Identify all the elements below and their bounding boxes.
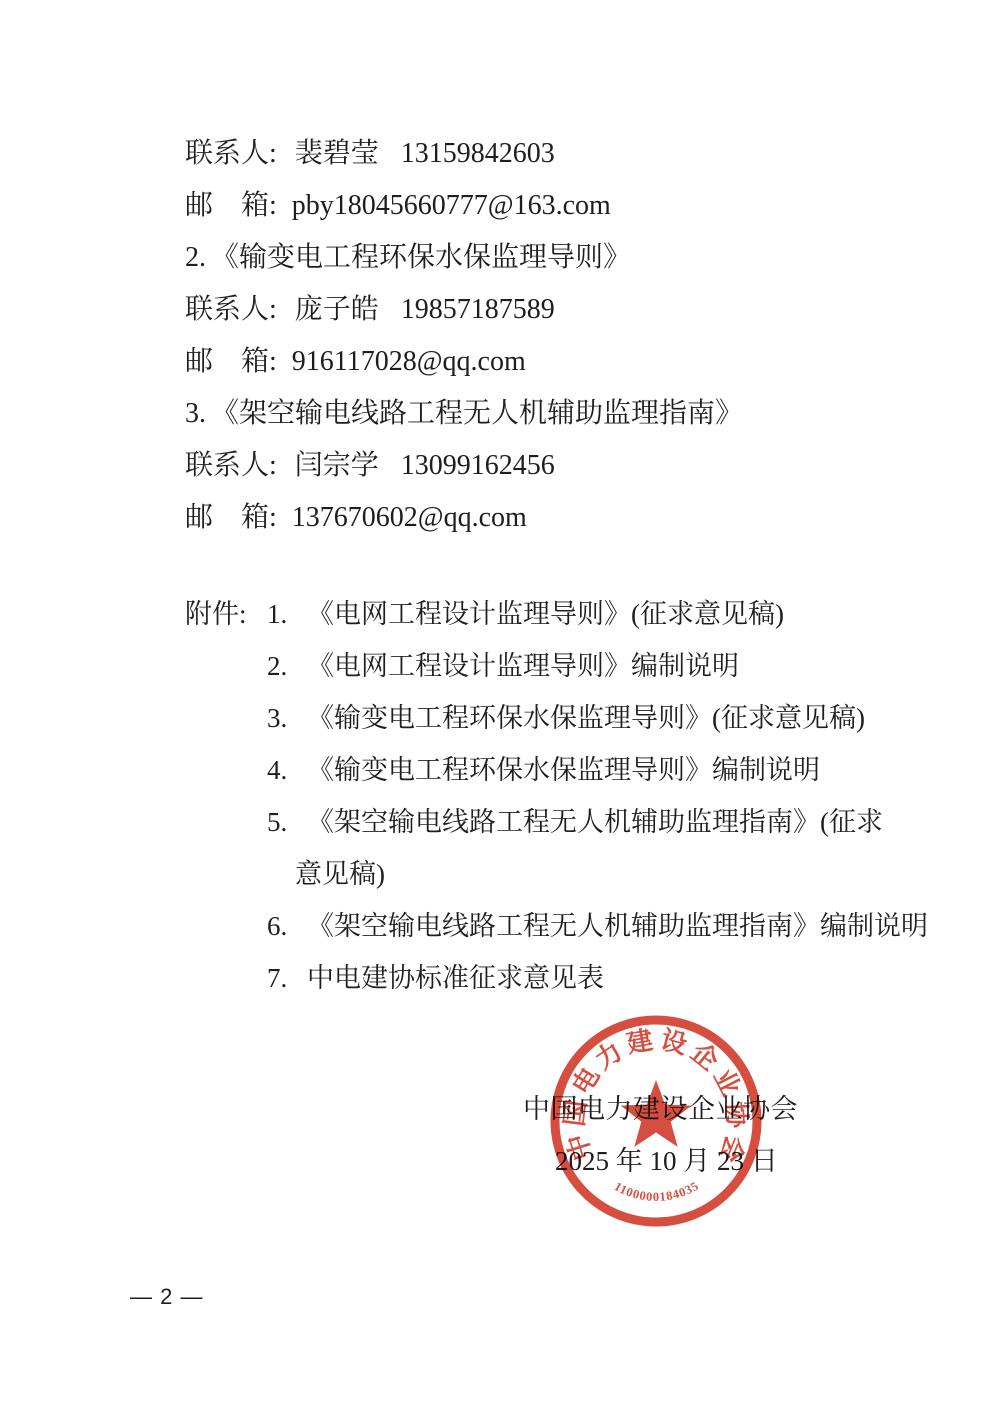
attachment-item: 2.《电网工程设计监理导则》编制说明 (185, 640, 928, 692)
standard-number: 2. (185, 242, 206, 273)
contact-person-line: 联系人:闫宗学13099162456 (185, 440, 743, 492)
attachment-title-continued: 意见稿) (295, 859, 385, 889)
email-value: pby18045660777@163.com (292, 190, 611, 221)
attachment-item: 3.《输变电工程环保水保监理导则》(征求意见稿) (185, 692, 928, 744)
attachment-title: 《输变电工程环保水保监理导则》(征求意见稿) (307, 703, 865, 733)
page-number: — 2 — (130, 1284, 203, 1310)
contact-label: 联系人: (185, 138, 277, 169)
attachment-title: 中电建协标准征求意见表 (307, 963, 604, 993)
attachment-title: 《架空输电线路工程无人机辅助监理指南》(征求 (307, 807, 883, 837)
attachment-item-continuation: 意见稿) (185, 848, 928, 900)
contact-email-line: 邮 箱:pby18045660777@163.com (185, 180, 743, 232)
contact-phone: 19857187589 (401, 294, 555, 325)
attachment-title: 《架空输电线路工程无人机辅助监理指南》编制说明 (307, 911, 928, 941)
email-label: 邮 箱: (185, 190, 277, 221)
contact-name: 裴碧莹 (295, 138, 379, 169)
contact-phone: 13159842603 (401, 138, 555, 169)
contact-name: 庞子皓 (295, 294, 379, 325)
attachment-item: 6.《架空输电线路工程无人机辅助监理指南》编制说明 (185, 900, 928, 952)
attachment-item: 4.《输变电工程环保水保监理导则》编制说明 (185, 744, 928, 796)
contact-email-line: 邮 箱:137670602@qq.com (185, 492, 743, 544)
email-value: 137670602@qq.com (292, 502, 527, 533)
standard-title: 《输变电工程环保水保监理导则》 (211, 242, 631, 273)
standard-title-line: 2.《输变电工程环保水保监理导则》 (185, 232, 743, 284)
attachment-number: 6. (267, 900, 307, 952)
contact-email-line: 邮 箱:916117028@qq.com (185, 336, 743, 388)
attachment-number: 3. (267, 692, 307, 744)
standards-contact-block: 联系人:裴碧莹13159842603 邮 箱:pby18045660777@16… (185, 128, 743, 544)
attachment-title: 《电网工程设计监理导则》(征求意见稿) (307, 599, 784, 629)
attachment-item: 5.《架空输电线路工程无人机辅助监理指南》(征求 (185, 796, 928, 848)
attachment-number: 4. (267, 744, 307, 796)
email-label: 邮 箱: (185, 346, 277, 377)
attachment-title: 《电网工程设计监理导则》编制说明 (307, 651, 739, 681)
attachments-label: 附件: (185, 588, 267, 640)
seal-star-icon (621, 1080, 691, 1147)
attachment-number: 7. (267, 952, 307, 1004)
contact-phone: 13099162456 (401, 450, 555, 481)
contact-label: 联系人: (185, 294, 277, 325)
contact-person-line: 联系人:裴碧莹13159842603 (185, 128, 743, 180)
attachment-number: 2. (267, 640, 307, 692)
standard-title-line: 3.《架空输电线路工程无人机辅助监理指南》 (185, 388, 743, 440)
seal-code-text: 1100000184035 (612, 1179, 702, 1204)
standard-number: 3. (185, 398, 206, 429)
official-seal: 中国电力建设企业协会 1100000184035 (546, 1011, 766, 1231)
attachment-item: 附件:1.《电网工程设计监理导则》(征求意见稿) (185, 588, 928, 640)
attachment-number: 5. (267, 796, 307, 848)
email-label: 邮 箱: (185, 502, 277, 533)
attachment-item: 7.中电建协标准征求意见表 (185, 952, 928, 1004)
email-value: 916117028@qq.com (292, 346, 526, 377)
attachment-number: 1. (267, 588, 307, 640)
document-page: 联系人:裴碧莹13159842603 邮 箱:pby18045660777@16… (0, 0, 992, 1403)
contact-name: 闫宗学 (295, 450, 379, 481)
contact-person-line: 联系人:庞子皓19857187589 (185, 284, 743, 336)
standard-title: 《架空输电线路工程无人机辅助监理指南》 (211, 398, 743, 429)
attachment-title: 《输变电工程环保水保监理导则》编制说明 (307, 755, 820, 785)
attachments-block: 附件:1.《电网工程设计监理导则》(征求意见稿) 2.《电网工程设计监理导则》编… (185, 588, 928, 1004)
contact-label: 联系人: (185, 450, 277, 481)
